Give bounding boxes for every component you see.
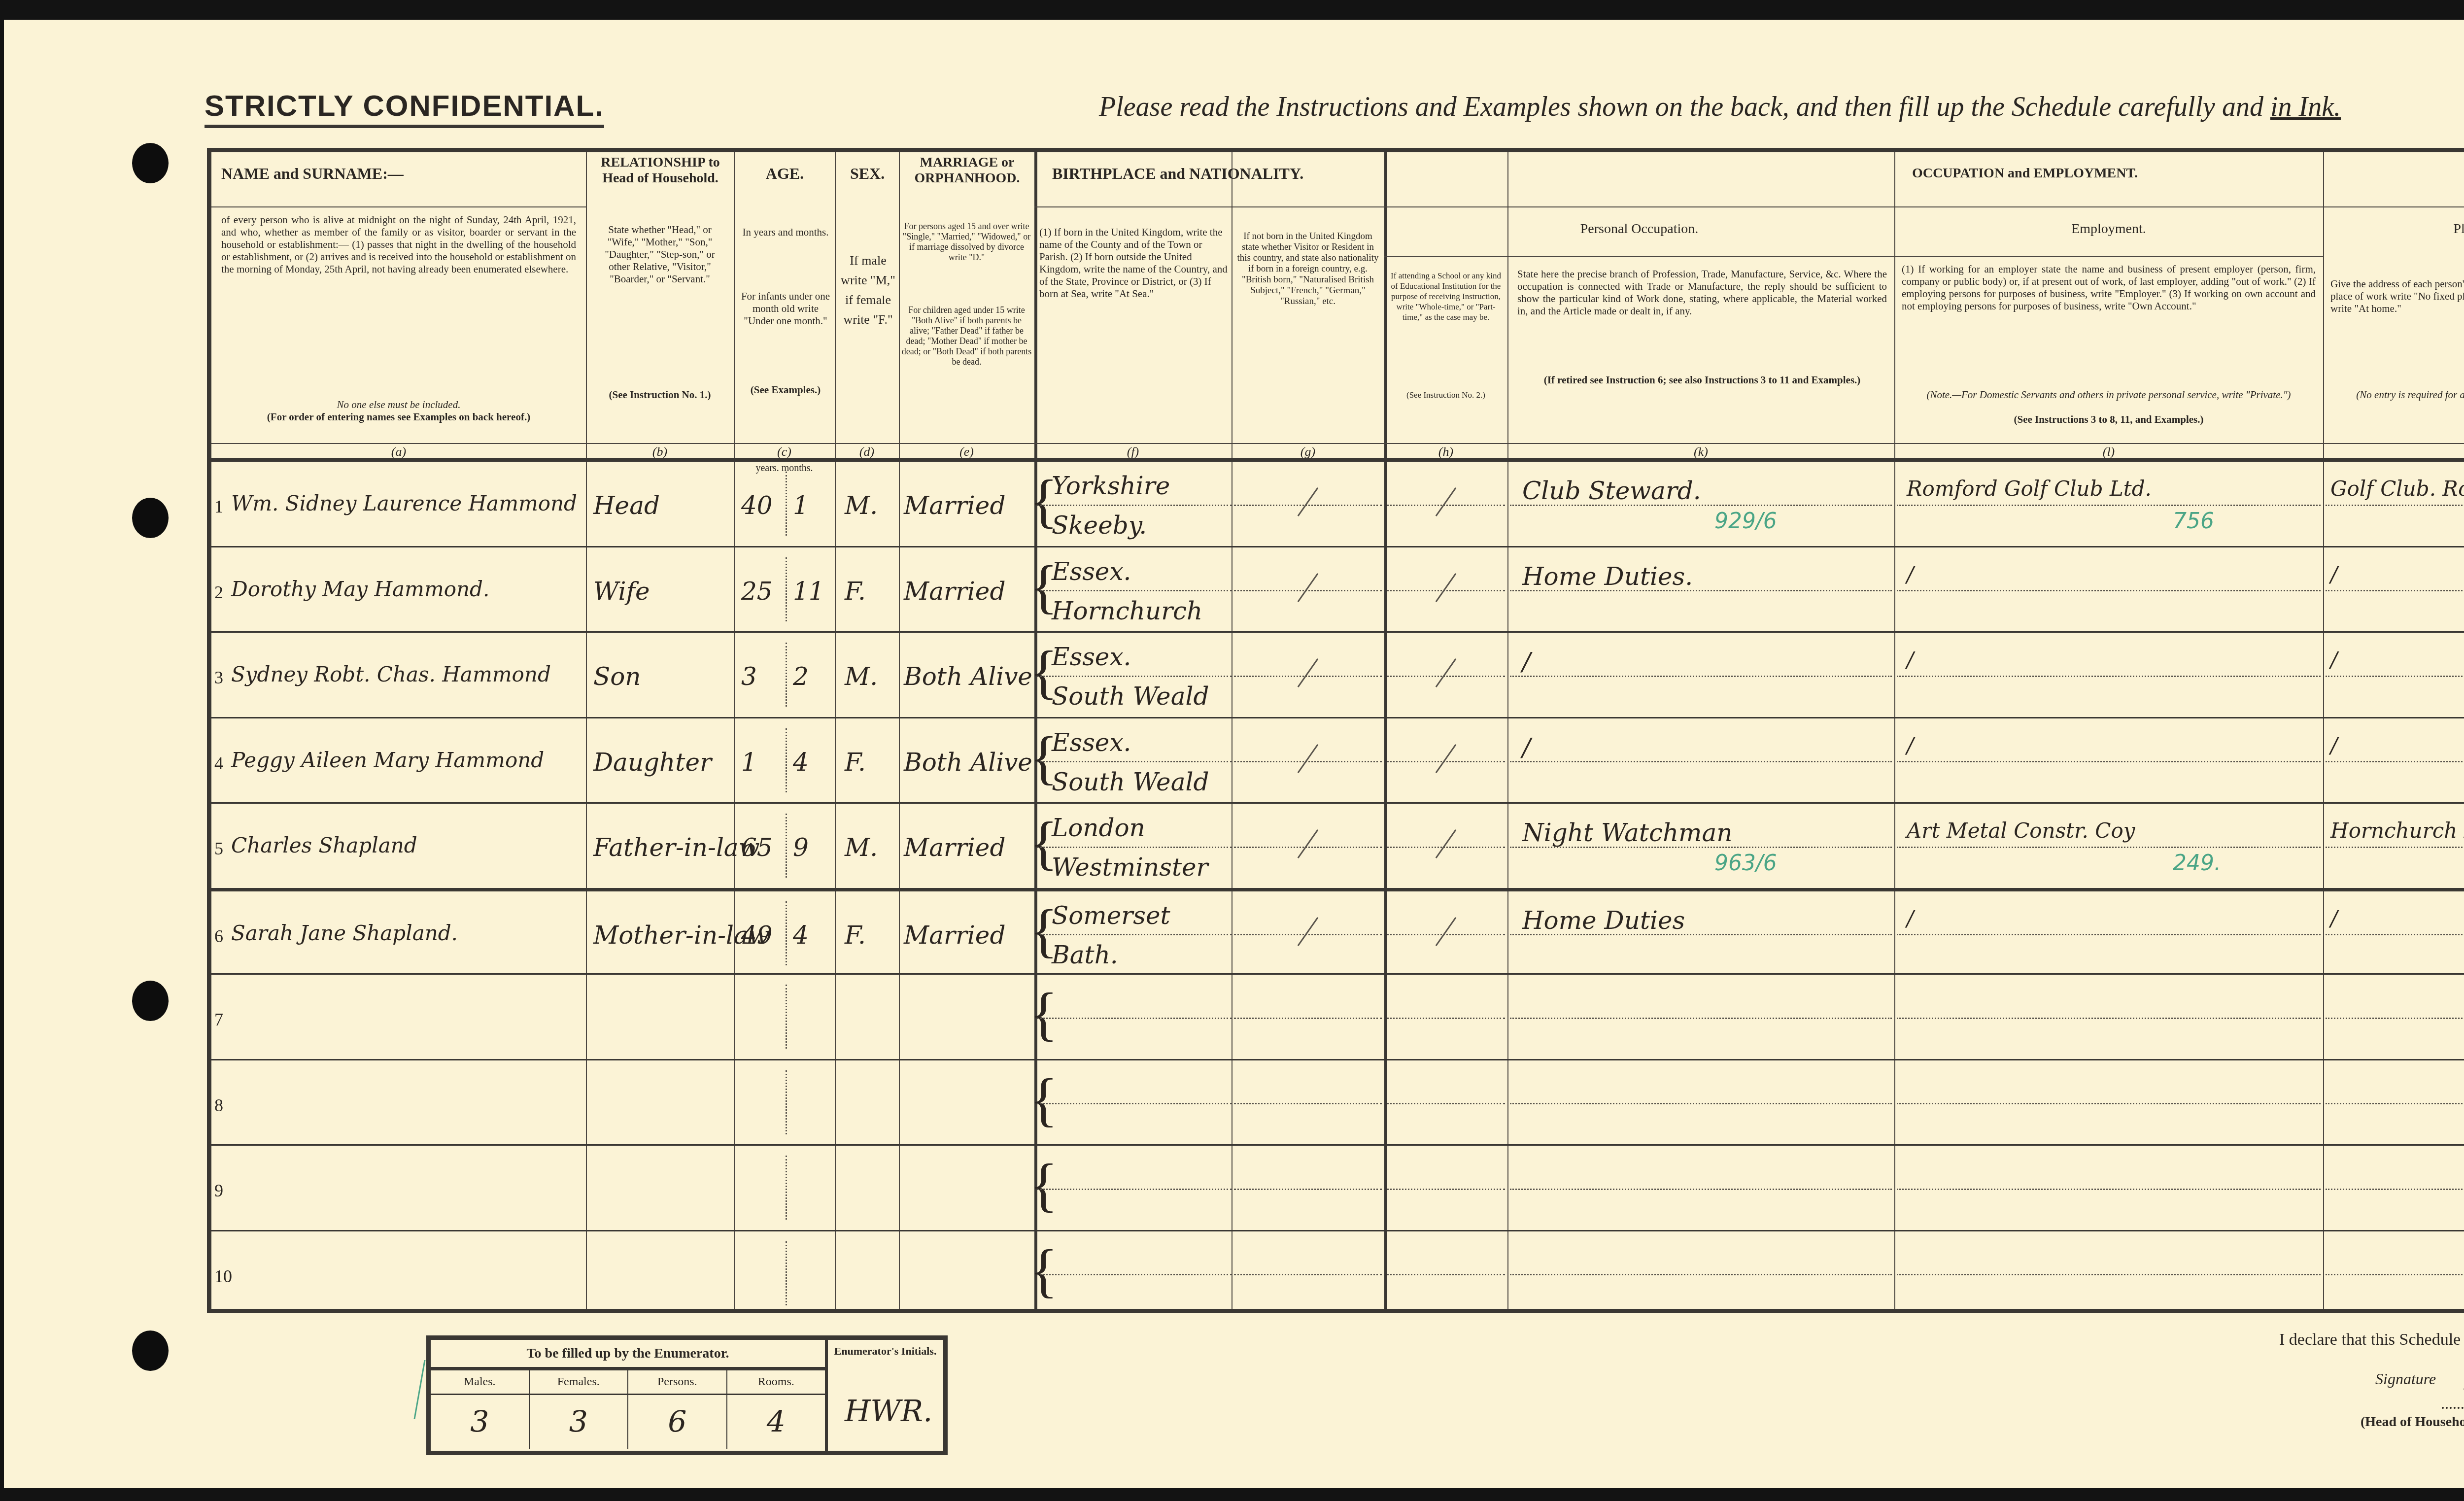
dotted-rule bbox=[1387, 676, 1505, 677]
dotted-rule bbox=[1387, 1103, 1505, 1104]
age-years-cell[interactable]: 49 bbox=[741, 921, 773, 950]
col-m-title: Place of Work. bbox=[2323, 221, 2464, 237]
table-row: 10{Under OneAge last birthday.1234567891… bbox=[211, 1230, 2464, 1317]
row-number: 6 bbox=[214, 926, 223, 947]
dash-mark bbox=[1298, 487, 1319, 516]
col-b-note: (See Instruction No. 1.) bbox=[593, 389, 726, 401]
col-l-note: (Note.—For Domestic Servants and others … bbox=[1902, 389, 2316, 401]
col-h-note: (See Instruction No. 2.) bbox=[1387, 389, 1505, 401]
page-title: STRICTLY CONFIDENTIAL. bbox=[205, 89, 604, 128]
dotted-rule bbox=[1510, 1103, 1892, 1104]
name-cell[interactable]: Sydney Robt. Chas. Hammond bbox=[231, 662, 551, 686]
dotted-rule bbox=[1234, 590, 1382, 591]
dotted-rule bbox=[2326, 1189, 2464, 1190]
dotted-rule bbox=[1387, 1018, 1505, 1019]
dotted-rule bbox=[1510, 934, 1892, 935]
age-months-cell[interactable]: 2 bbox=[793, 662, 809, 691]
birth-county-cell[interactable]: Essex. bbox=[1052, 643, 1131, 671]
col-f-body: (1) If born in the United Kingdom, write… bbox=[1039, 226, 1229, 300]
col-d-body: If male write "M," if female write "F." bbox=[840, 251, 896, 330]
dotted-rule bbox=[2326, 676, 2464, 677]
col-h-body: If attending a School or any kind of Edu… bbox=[1387, 271, 1505, 322]
age-divider bbox=[786, 1241, 787, 1305]
row-number: 9 bbox=[214, 1180, 223, 1201]
dotted-rule bbox=[1037, 934, 1232, 935]
age-divider bbox=[786, 1156, 787, 1220]
occupation-cell[interactable]: Night Watchman bbox=[1522, 819, 1733, 847]
age-divider bbox=[786, 728, 787, 792]
birth-county-cell[interactable]: London bbox=[1052, 814, 1145, 842]
enumerator-box: To be filled up by the Enumerator. Enume… bbox=[426, 1335, 948, 1455]
brace-icon: { bbox=[1029, 728, 1058, 787]
brace-icon: { bbox=[1029, 1241, 1058, 1300]
brace-icon: { bbox=[1029, 1070, 1058, 1129]
relationship-cell[interactable]: Father-in-law bbox=[593, 833, 759, 862]
employer-cell[interactable]: / bbox=[1907, 648, 1914, 672]
col-g-body: If not born in the United Kingdom state … bbox=[1234, 231, 1382, 307]
marriage-cell[interactable]: Married bbox=[904, 491, 1005, 520]
name-cell[interactable]: Wm. Sidney Laurence Hammond bbox=[231, 491, 577, 515]
dotted-rule bbox=[1897, 934, 2321, 935]
dotted-rule bbox=[1037, 1189, 1232, 1190]
col-letter: (a) bbox=[211, 444, 586, 459]
dotted-rule bbox=[1234, 761, 1382, 762]
workplace-cell[interactable]: / bbox=[2330, 648, 2337, 672]
brace-icon: { bbox=[1029, 472, 1058, 531]
col-letter: (f) bbox=[1034, 444, 1232, 459]
brace-icon: { bbox=[1029, 1156, 1058, 1215]
dash-mark bbox=[1298, 573, 1319, 602]
col-letter: (h) bbox=[1384, 444, 1507, 459]
dotted-rule bbox=[1387, 847, 1505, 848]
enumerator-initials[interactable]: HWR. bbox=[845, 1394, 932, 1429]
col-a-note: No one else must be included. bbox=[221, 399, 576, 411]
col-c-note2: (See Examples.) bbox=[739, 384, 832, 396]
dotted-rule bbox=[1387, 590, 1505, 591]
row-number: 1 bbox=[214, 496, 223, 517]
name-cell[interactable]: Dorothy May Hammond. bbox=[231, 577, 489, 601]
signature-line bbox=[2442, 1407, 2464, 1409]
age-years-cell[interactable]: 25 bbox=[741, 577, 773, 606]
employer-code: 756 bbox=[2173, 509, 2214, 534]
dotted-rule bbox=[1234, 676, 1382, 677]
relationship-cell[interactable]: Son bbox=[593, 662, 641, 691]
col-e-title: MARRIAGE or ORPHANHOOD. bbox=[900, 155, 1034, 186]
occupation-cell[interactable]: Home Duties bbox=[1522, 906, 1685, 935]
dotted-rule bbox=[1387, 1274, 1505, 1275]
dash-mark bbox=[1436, 829, 1457, 858]
sex-cell[interactable]: F. bbox=[845, 577, 866, 606]
dotted-rule bbox=[1234, 1018, 1382, 1019]
col-letter: (l) bbox=[1894, 444, 2323, 459]
col-l-title: Employment. bbox=[1894, 221, 2323, 237]
dotted-rule bbox=[1897, 761, 2321, 762]
age-divider bbox=[786, 557, 787, 621]
dotted-rule bbox=[2326, 934, 2464, 935]
dash-mark bbox=[1298, 658, 1319, 687]
workplace-cell[interactable]: Golf Club. Romford bbox=[2330, 477, 2464, 501]
marriage-cell[interactable]: Married bbox=[904, 577, 1005, 606]
punch-hole bbox=[132, 498, 169, 538]
signature-caption: (Head of Household, Manager of Establish… bbox=[2361, 1414, 2464, 1430]
dotted-rule bbox=[1510, 1189, 1892, 1190]
table-row: 7{Under OneAge last birthday.12345678910… bbox=[211, 973, 2464, 1060]
name-cell[interactable]: Sarah Jane Shapland. bbox=[231, 921, 458, 945]
col-letter: (d) bbox=[835, 444, 899, 459]
row-number: 8 bbox=[214, 1095, 223, 1116]
employer-cell[interactable]: Romford Golf Club Ltd. bbox=[1907, 477, 2152, 501]
dotted-rule bbox=[1510, 761, 1892, 762]
birth-county-cell[interactable]: Somerset bbox=[1052, 901, 1170, 930]
birth-town-cell[interactable]: Hornchurch bbox=[1052, 597, 1202, 625]
row-number: 5 bbox=[214, 838, 223, 859]
col-letter: (m) bbox=[2323, 444, 2464, 459]
col-m-note: (No entry is required for any person who… bbox=[2330, 389, 2464, 401]
col-a-title: NAME and SURNAME:— bbox=[221, 165, 586, 182]
persons-cell: Persons.6 bbox=[628, 1370, 727, 1449]
col-a-note2: (For order of entering names see Example… bbox=[221, 411, 576, 423]
instruction-emphasis: in Ink. bbox=[2270, 92, 2341, 122]
workplace-cell[interactable]: / bbox=[2330, 906, 2337, 930]
col-k-body: State here the precise branch of Profess… bbox=[1517, 268, 1887, 317]
workplace-cell[interactable]: Hornchurch Rd. Romford bbox=[2330, 819, 2464, 843]
col-e-body: For persons aged 15 and over write "Sing… bbox=[901, 221, 1032, 263]
dotted-rule bbox=[1897, 676, 2321, 677]
dotted-rule bbox=[1387, 1189, 1505, 1190]
dotted-rule bbox=[1387, 934, 1505, 935]
col-letter: (g) bbox=[1232, 444, 1384, 459]
dotted-rule bbox=[1037, 676, 1232, 677]
dotted-rule bbox=[2326, 847, 2464, 848]
punch-hole bbox=[132, 981, 169, 1021]
col-k-title: Personal Occupation. bbox=[1384, 221, 1894, 237]
top-instructions: Please read the Instructions and Example… bbox=[1099, 91, 2341, 123]
table-row: 1Wm. Sidney Laurence HammondHead401M.Mar… bbox=[211, 460, 2464, 547]
dotted-rule bbox=[1897, 1018, 2321, 1019]
occupation-title: OCCUPATION and EMPLOYMENT. bbox=[1384, 165, 2464, 182]
dotted-rule bbox=[1037, 1018, 1232, 1019]
col-d-title: SEX. bbox=[836, 165, 899, 182]
age-divider bbox=[786, 814, 787, 878]
col-k-note: (If retired see Instruction 6; see also … bbox=[1517, 374, 1887, 386]
marriage-cell[interactable]: Both Alive bbox=[904, 748, 1032, 777]
workplace-cell[interactable]: / bbox=[2330, 733, 2337, 757]
col-m-body: Give the address of each person's place … bbox=[2330, 278, 2464, 315]
dotted-rule bbox=[1234, 1274, 1382, 1275]
punch-hole bbox=[132, 1330, 169, 1371]
col-c-title: AGE. bbox=[735, 165, 835, 182]
dotted-rule bbox=[2326, 505, 2464, 506]
sex-cell[interactable]: F. bbox=[845, 748, 866, 777]
table-row: 8{Under OneAge last birthday.12345678910… bbox=[211, 1059, 2464, 1146]
dotted-rule bbox=[1234, 1103, 1382, 1104]
dotted-rule bbox=[1897, 505, 2321, 506]
table-row: 6Sarah Jane Shapland.Mother-in-law494F.M… bbox=[211, 888, 2464, 977]
employer-cell[interactable]: / bbox=[1907, 562, 1914, 586]
dash-mark bbox=[1298, 917, 1319, 946]
row-number: 2 bbox=[214, 582, 223, 603]
col-a-body: of every person who is alive at midnight… bbox=[221, 214, 576, 275]
occupation-code: 929/6 bbox=[1714, 509, 1777, 534]
dotted-rule bbox=[1037, 505, 1232, 506]
col-letter: (k) bbox=[1507, 444, 1894, 459]
sex-cell[interactable]: F. bbox=[845, 921, 866, 950]
name-cell[interactable]: Peggy Aileen Mary Hammond bbox=[231, 748, 544, 772]
age-divider bbox=[786, 901, 787, 965]
signature-label: Signature bbox=[2375, 1370, 2436, 1388]
occupation-cell[interactable]: / bbox=[1522, 733, 1531, 762]
females-cell: Females.3 bbox=[530, 1370, 629, 1449]
age-divider bbox=[786, 985, 787, 1049]
birth-county-cell[interactable]: Essex. bbox=[1052, 728, 1131, 757]
brace-icon: { bbox=[1029, 901, 1058, 960]
birth-county-cell[interactable]: Yorkshire bbox=[1052, 472, 1170, 500]
dash-mark bbox=[1298, 829, 1319, 858]
dotted-rule bbox=[1387, 761, 1505, 762]
dotted-rule bbox=[1510, 1274, 1892, 1275]
brace-icon: { bbox=[1029, 985, 1058, 1044]
dotted-rule bbox=[1510, 1018, 1892, 1019]
sex-cell[interactable]: M. bbox=[845, 833, 878, 862]
dotted-rule bbox=[1234, 505, 1382, 506]
age-months-cell[interactable]: 4 bbox=[793, 748, 809, 777]
row-number: 7 bbox=[214, 1009, 223, 1030]
dash-mark bbox=[1436, 573, 1457, 602]
birth-town-cell[interactable]: Bath. bbox=[1052, 941, 1118, 969]
col-letter: (e) bbox=[899, 444, 1034, 459]
males-value[interactable]: 3 bbox=[431, 1405, 529, 1439]
rooms-value[interactable]: 4 bbox=[727, 1405, 825, 1439]
birth-town-cell[interactable]: South Weald bbox=[1052, 682, 1209, 711]
age-years-cell[interactable]: 1 bbox=[741, 748, 757, 777]
instruction-text: Please read the Instructions and Example… bbox=[1099, 92, 2263, 122]
males-cell: Males.3 bbox=[431, 1370, 530, 1449]
dotted-rule bbox=[1037, 1103, 1232, 1104]
marriage-cell[interactable]: Married bbox=[904, 833, 1005, 862]
dotted-rule bbox=[2326, 1103, 2464, 1104]
dotted-rule bbox=[1510, 505, 1892, 506]
table-row: 3Sydney Robt. Chas. HammondSon32M.Both A… bbox=[211, 631, 2464, 718]
col-l-body: (1) If working for an employer state the… bbox=[1902, 263, 2316, 312]
row-number: 10 bbox=[214, 1266, 232, 1287]
brace-icon: { bbox=[1029, 814, 1058, 873]
occupation-cell[interactable]: Club Steward. bbox=[1522, 477, 1701, 505]
dotted-rule bbox=[2326, 1274, 2464, 1275]
age-months-cell[interactable]: 4 bbox=[793, 921, 809, 950]
birth-town-cell[interactable]: Westminster bbox=[1052, 853, 1208, 882]
dotted-rule bbox=[1234, 847, 1382, 848]
dash-mark bbox=[1436, 917, 1457, 946]
dash-mark bbox=[1436, 744, 1457, 773]
dotted-rule bbox=[1897, 1189, 2321, 1190]
dotted-rule bbox=[1510, 676, 1892, 677]
sex-cell[interactable]: M. bbox=[845, 491, 878, 520]
occupation-cell[interactable]: / bbox=[1522, 648, 1531, 676]
row-number: 4 bbox=[214, 753, 223, 774]
name-cell[interactable]: Charles Shapland bbox=[231, 833, 417, 857]
relationship-cell[interactable]: Head bbox=[593, 491, 660, 520]
col-letter: (c) bbox=[734, 444, 835, 459]
age-months-cell[interactable]: 9 bbox=[793, 833, 809, 862]
punch-hole bbox=[132, 143, 169, 183]
initials-label: Enumerator's Initials. bbox=[832, 1345, 938, 1358]
age-months-cell[interactable]: 11 bbox=[793, 577, 824, 606]
dotted-rule bbox=[1897, 1274, 2321, 1275]
occupation-code: 963/6 bbox=[1714, 851, 1777, 876]
row-number: 3 bbox=[214, 667, 223, 688]
dotted-rule bbox=[1897, 847, 2321, 848]
dotted-rule bbox=[2326, 590, 2464, 591]
dotted-rule bbox=[1037, 761, 1232, 762]
relationship-cell[interactable]: Wife bbox=[593, 577, 650, 606]
employer-cell[interactable]: / bbox=[1907, 733, 1914, 757]
marriage-cell[interactable]: Married bbox=[904, 921, 1005, 950]
dotted-rule bbox=[2326, 1018, 2464, 1019]
employer-cell[interactable]: Art Metal Constr. Coy bbox=[1907, 819, 2135, 843]
dotted-rule bbox=[1037, 590, 1232, 591]
age-years-cell[interactable]: 65 bbox=[741, 833, 773, 862]
dotted-rule bbox=[1510, 590, 1892, 591]
dash-mark bbox=[1298, 744, 1319, 773]
col-letter: (b) bbox=[586, 444, 734, 459]
col-c-note: For infants under one month old write "U… bbox=[739, 290, 832, 327]
col-l-note2: (See Instructions 3 to 8, 11, and Exampl… bbox=[1902, 413, 2316, 426]
occupation-cell[interactable]: Home Duties. bbox=[1522, 562, 1693, 591]
rooms-cell: Rooms.4 bbox=[727, 1370, 825, 1449]
employer-cell[interactable]: / bbox=[1907, 906, 1914, 930]
table-row: 9{Under OneAge last birthday.12345678910… bbox=[211, 1144, 2464, 1231]
brace-icon: { bbox=[1029, 557, 1058, 616]
age-divider bbox=[786, 472, 787, 536]
marriage-cell[interactable]: Both Alive bbox=[904, 662, 1032, 691]
col-e-note: For children aged under 15 write "Both A… bbox=[901, 305, 1032, 367]
table-row: 2Dorothy May Hammond.Wife2511F.MarriedEs… bbox=[211, 546, 2464, 633]
col-b-title: RELATIONSHIP to Head of Household. bbox=[587, 155, 734, 186]
brace-icon: { bbox=[1029, 643, 1058, 702]
declaration-text: I declare that this Schedule is correctl… bbox=[2279, 1330, 2464, 1349]
dash-mark bbox=[1436, 658, 1457, 687]
females-value[interactable]: 3 bbox=[530, 1405, 628, 1439]
dotted-rule bbox=[1037, 847, 1232, 848]
dotted-rule bbox=[2326, 761, 2464, 762]
birth-county-cell[interactable]: Essex. bbox=[1052, 557, 1131, 586]
dotted-rule bbox=[1037, 1274, 1232, 1275]
relationship-cell[interactable]: Daughter bbox=[593, 748, 712, 777]
birth-town-cell[interactable]: Skeeby. bbox=[1052, 511, 1147, 540]
census-table: NAME and SURNAME:— of every person who i… bbox=[207, 148, 2464, 1313]
dotted-rule bbox=[1510, 847, 1892, 848]
table-row: 5Charles ShaplandFather-in-law659M.Marri… bbox=[211, 802, 2464, 889]
persons-value[interactable]: 6 bbox=[628, 1405, 726, 1439]
dotted-rule bbox=[1897, 1103, 2321, 1104]
dash-mark bbox=[1436, 487, 1457, 516]
dotted-rule bbox=[1234, 1189, 1382, 1190]
age-months-cell[interactable]: 1 bbox=[793, 491, 809, 520]
employer-code: 249. bbox=[2173, 851, 2221, 876]
age-divider bbox=[786, 1070, 787, 1134]
col-b-body: State whether "Head," or "Wife," "Mother… bbox=[593, 224, 726, 285]
birth-town-cell[interactable]: South Weald bbox=[1052, 768, 1209, 796]
col-c-body: In years and months. bbox=[739, 226, 832, 239]
age-years-cell[interactable]: 40 bbox=[741, 491, 773, 520]
workplace-cell[interactable]: / bbox=[2330, 562, 2337, 586]
age-years-cell[interactable]: 3 bbox=[741, 662, 757, 691]
table-row: 4Peggy Aileen Mary HammondDaughter14F.Bo… bbox=[211, 717, 2464, 804]
dotted-rule bbox=[1387, 505, 1505, 506]
enumerator-box-header: To be filled up by the Enumerator. bbox=[431, 1340, 825, 1370]
sex-cell[interactable]: M. bbox=[845, 662, 878, 691]
dotted-rule bbox=[1234, 934, 1382, 935]
age-divider bbox=[786, 643, 787, 707]
dotted-rule bbox=[1897, 590, 2321, 591]
